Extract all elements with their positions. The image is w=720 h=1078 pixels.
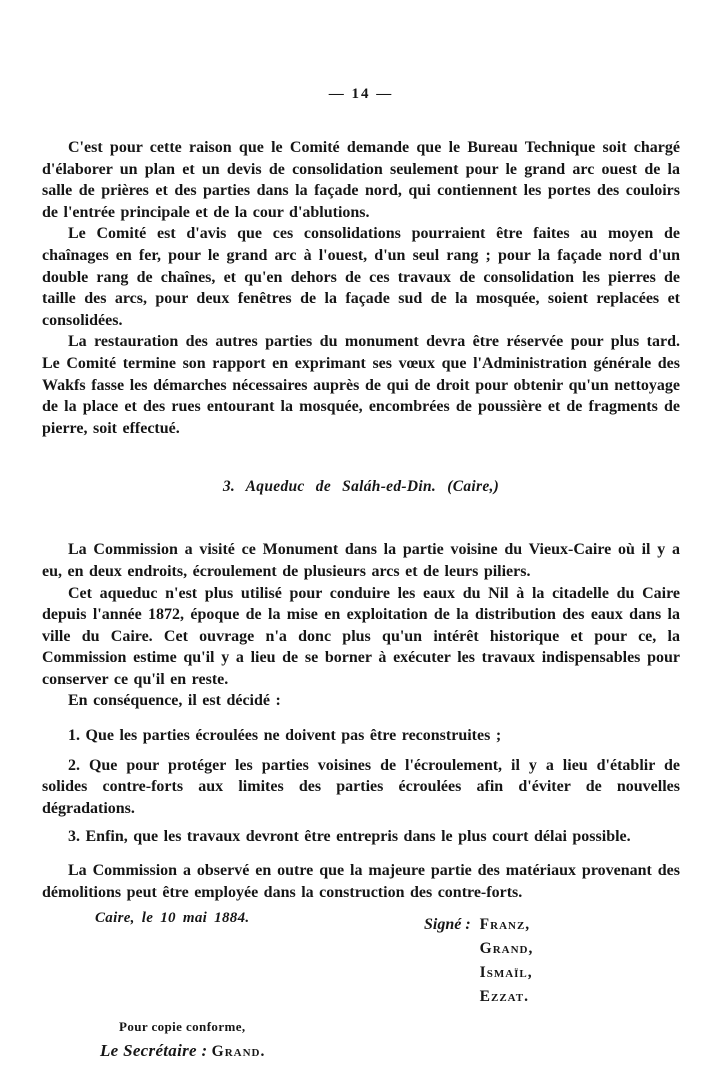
secretary-name: Grand.: [212, 1043, 266, 1060]
closing-paragraph: La Commission a observé en outre que la …: [42, 860, 680, 903]
page-number: — 14 —: [42, 86, 680, 103]
report-paragraph: C'est pour cette raison que le Comité de…: [42, 137, 680, 223]
decision-item: 1. Que les parties écroulées ne doivent …: [42, 725, 680, 747]
report-paragraph: Le Comité est d'avis que ces consolidati…: [42, 223, 680, 331]
signatures: Signé : Franz, Grand, Ismaïl, Ezzat.: [424, 913, 680, 1009]
report-paragraph: La restauration des autres parties du mo…: [42, 331, 680, 439]
secretary-label: Le Secrétaire :: [100, 1041, 207, 1060]
decision-item: 2. Que pour protéger les parties voisine…: [42, 755, 680, 820]
scanned-document-page: — 14 — C'est pour cette raison que le Co…: [0, 0, 720, 1078]
secretary-line: Le Secrétaire : Grand.: [100, 1041, 680, 1061]
signatory-name: Ismaïl,: [480, 961, 534, 985]
section-paragraph: En conséquence, il est décidé :: [42, 690, 680, 712]
signed-label: Signé :: [424, 913, 471, 1009]
signature-block: Caire, le 10 mai 1884. Signé : Franz, Gr…: [42, 910, 680, 1009]
signatory-name: Franz,: [480, 913, 534, 937]
signatory-name: Ezzat.: [480, 985, 534, 1009]
decision-item: 3. Enfin, que les travaux devront être e…: [42, 826, 680, 848]
section-paragraph: La Commission a visité ce Monument dans …: [42, 539, 680, 582]
signatory-names: Franz, Grand, Ismaïl, Ezzat.: [480, 913, 534, 1009]
signatory-name: Grand,: [480, 937, 534, 961]
copy-conforme-line: Pour copie conforme,: [119, 1019, 680, 1035]
section-heading: 3. Aqueduc de Saláh-ed-Din. (Caire,): [42, 478, 680, 496]
section-paragraph: Cet aqueduc n'est plus utilisé pour cond…: [42, 583, 680, 691]
